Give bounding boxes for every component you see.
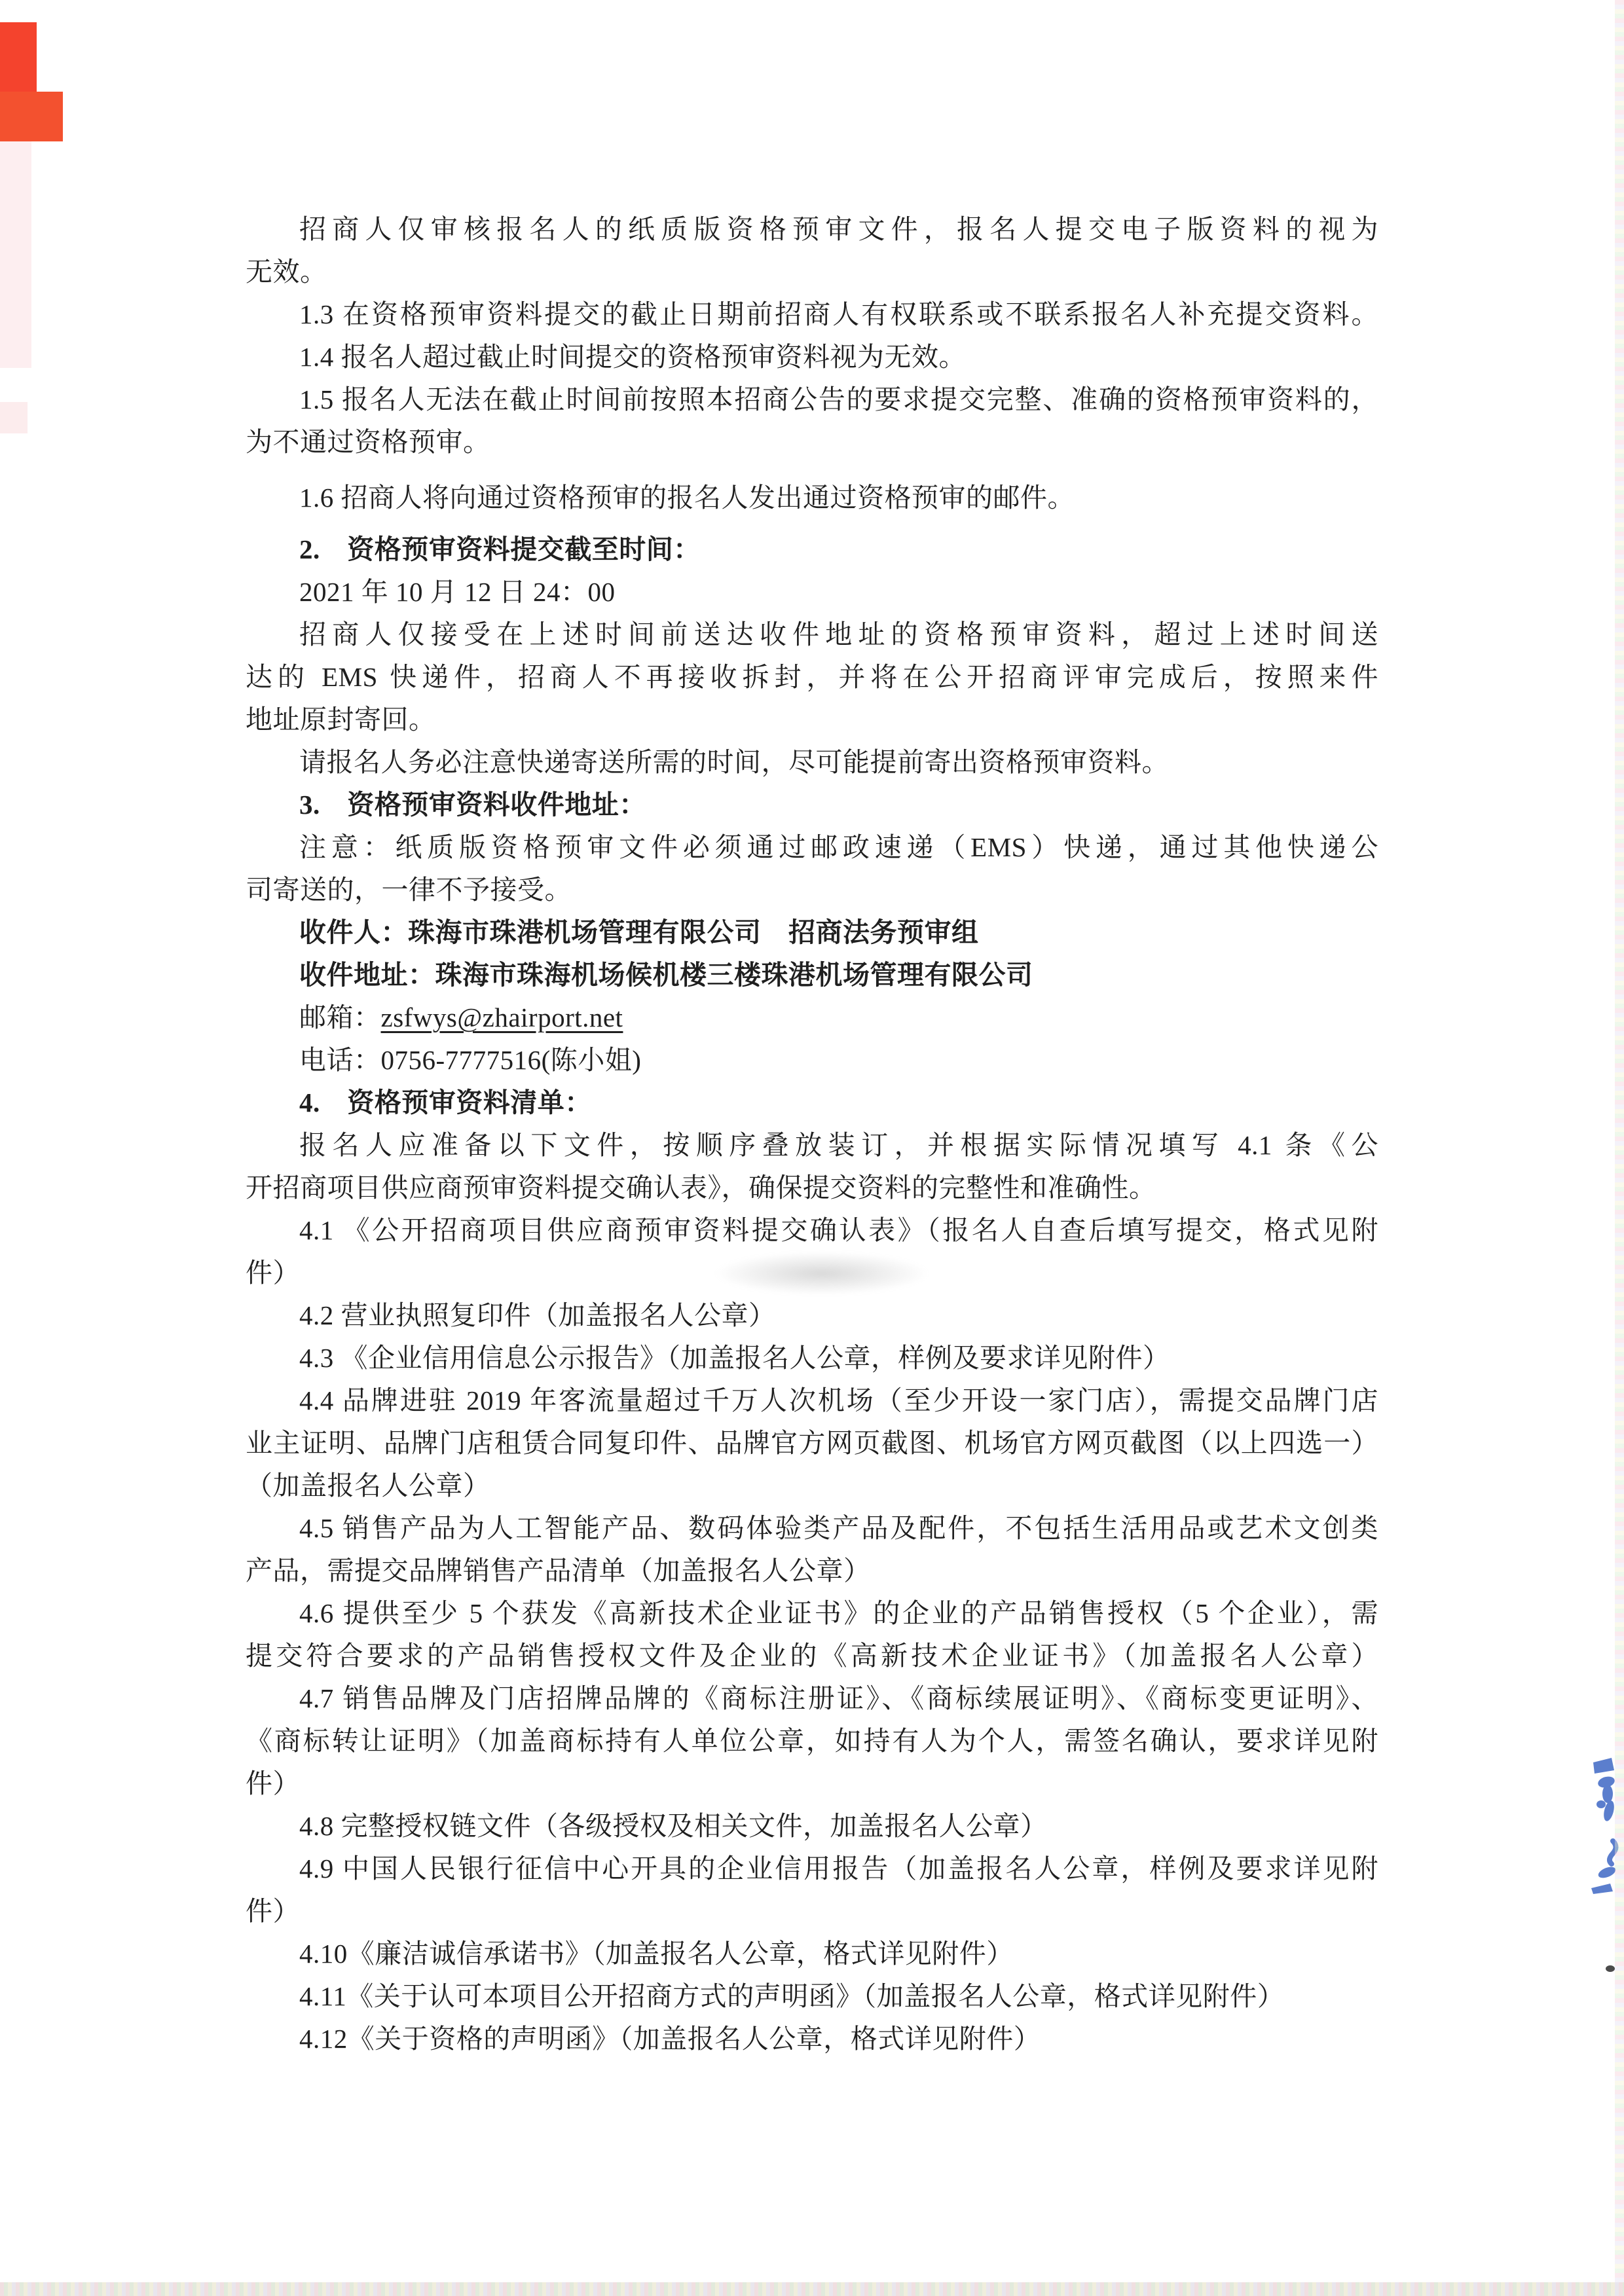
text-line: 请报名人务必注意快递寄送所需的时间，尽可能提前寄出资格预审资料。 [246,741,1378,784]
scanner-bottom-band [0,2282,1624,2296]
text-line: 4.5 销售产品为人工智能产品、数码体验类产品及配件，不包括生活用品或艺术文创类 [246,1507,1378,1550]
text-line: 司寄送的，一律不予接受。 [246,869,1378,911]
text-line: 4.9 中国人民银行征信中心开具的企业信用报告（加盖报名人公章，样例及要求详见附 [246,1848,1378,1890]
text-line: 4.7 销售品牌及门店招牌品牌的《商标注册证》、《商标续展证明》、《商标变更证明… [246,1677,1378,1720]
scan-page: 招商人仅审核报名人的纸质版资格预审文件，报名人提交电子版资料的视为无效。1.3 … [0,0,1624,2296]
text-line: 4.4 品牌进驻 2019 年客流量超过千万人次机场（至少开设一家门店），需提交… [246,1379,1378,1422]
address-line: 收件地址：珠海市珠海机场候机楼三楼珠港机场管理有限公司 [246,954,1378,996]
text-line: 1.6 招商人将向通过资格预审的报名人发出通过资格预审的邮件。 [246,477,1378,519]
text-line: 招商人仅审核报名人的纸质版资格预审文件，报名人提交电子版资料的视为 [246,208,1378,251]
recipient-line: 收件人：珠海市珠港机场管理有限公司 招商法务预审组 [246,911,1378,954]
document-body: 招商人仅审核报名人的纸质版资格预审文件，报名人提交电子版资料的视为无效。1.3 … [246,208,1378,2060]
pink-edge-block-small [0,402,28,433]
text-line: 4.8 完整授权链文件（各级授权及相关文件，加盖报名人公章） [246,1805,1378,1848]
text-line: 报名人应准备以下文件，按顺序叠放装订，并根据实际情况填写 4.1 条《公 [246,1124,1378,1167]
text-line: 件） [246,1890,1378,1933]
text-line: 为不通过资格预审。 [246,421,1378,464]
email-label: 邮箱： [299,1002,381,1032]
scan-smudge [714,1252,930,1295]
text-line: 4.3 《企业信用信息公示报告》（加盖报名人公章，样例及要求详见附件） [246,1337,1378,1379]
scanner-edge-band [1615,0,1624,2296]
text-line: 件） [246,1762,1378,1805]
text-line: 注意：纸质版资格预审文件必须通过邮政速递（EMS）快递，通过其他快递公 [246,826,1378,869]
text-line: 4.1 《公开招商项目供应商预审资料提交确认表》（报名人自查后填写提交，格式见附 [246,1209,1378,1252]
text-line: （加盖报名人公章） [246,1465,1378,1507]
scan-speck [1606,1965,1615,1972]
section-heading-3: 3. 资格预审资料收件地址： [246,784,1378,826]
text-line: 《商标转让证明》（加盖商标持有人单位公章，如持有人为个人，需签名确认，要求详见附 [246,1720,1378,1762]
red-stamp-block-top [0,22,37,92]
section-heading-2: 2. 资格预审资料提交截至时间： [246,528,1378,571]
deadline-date: 2021 年 10 月 12 日 24：00 [246,571,1378,613]
text-line: 1.4 报名人超过截止时间提交的资格预审资料视为无效。 [246,336,1378,378]
text-line: 4.12《关于资格的声明函》（加盖报名人公章，格式详见附件） [246,2018,1378,2060]
text-line: 业主证明、品牌门店租赁合同复印件、品牌官方网页截图、机场官方网页截图（以上四选一… [246,1422,1378,1465]
text-line: 提交符合要求的产品销售授权文件及企业的《高新技术企业证书》（加盖报名人公章） [246,1635,1378,1677]
text-line: 开招商项目供应商预审资料提交确认表》，确保提交资料的完整性和准确性。 [246,1167,1378,1209]
email-address: zsfwys@zhairport.net [381,1002,623,1032]
text-line: 无效。 [246,251,1378,293]
section-heading-4: 4. 资格预审资料清单： [246,1082,1378,1124]
text-line: 1.3 在资格预审资料提交的截止日期前招商人有权联系或不联系报名人补充提交资料。 [246,293,1378,336]
text-line: 达的 EMS 快递件，招商人不再接收拆封，并将在公开招商评审完成后，按照来件 [246,656,1378,699]
email-line: 邮箱：zsfwys@zhairport.net [246,996,1378,1039]
phone-line: 电话：0756-7777516(陈小姐) [246,1039,1378,1082]
text-line: 产品，需提交品牌销售产品清单（加盖报名人公章） [246,1550,1378,1592]
pink-edge-strip [0,141,31,368]
text-line: 4.11《关于认可本项目公开招商方式的声明函》（加盖报名人公章，格式详见附件） [246,1975,1378,2018]
red-stamp-block-bottom [0,92,63,141]
text-line: 地址原封寄回。 [246,699,1378,741]
text-line: 4.6 提供至少 5 个获发《高新技术企业证书》的企业的产品销售授权（5 个企业… [246,1592,1378,1635]
text-line: 招商人仅接受在上述时间前送达收件地址的资格预审资料，超过上述时间送 [246,613,1378,656]
text-line: 1.5 报名人无法在截止时间前按照本招商公告的要求提交完整、准确的资格预审资料的… [246,378,1378,421]
text-line: 4.2 营业执照复印件（加盖报名人公章） [246,1294,1378,1337]
text-line: 4.10《廉洁诚信承诺书》（加盖报名人公章，格式详见附件） [246,1933,1378,1975]
